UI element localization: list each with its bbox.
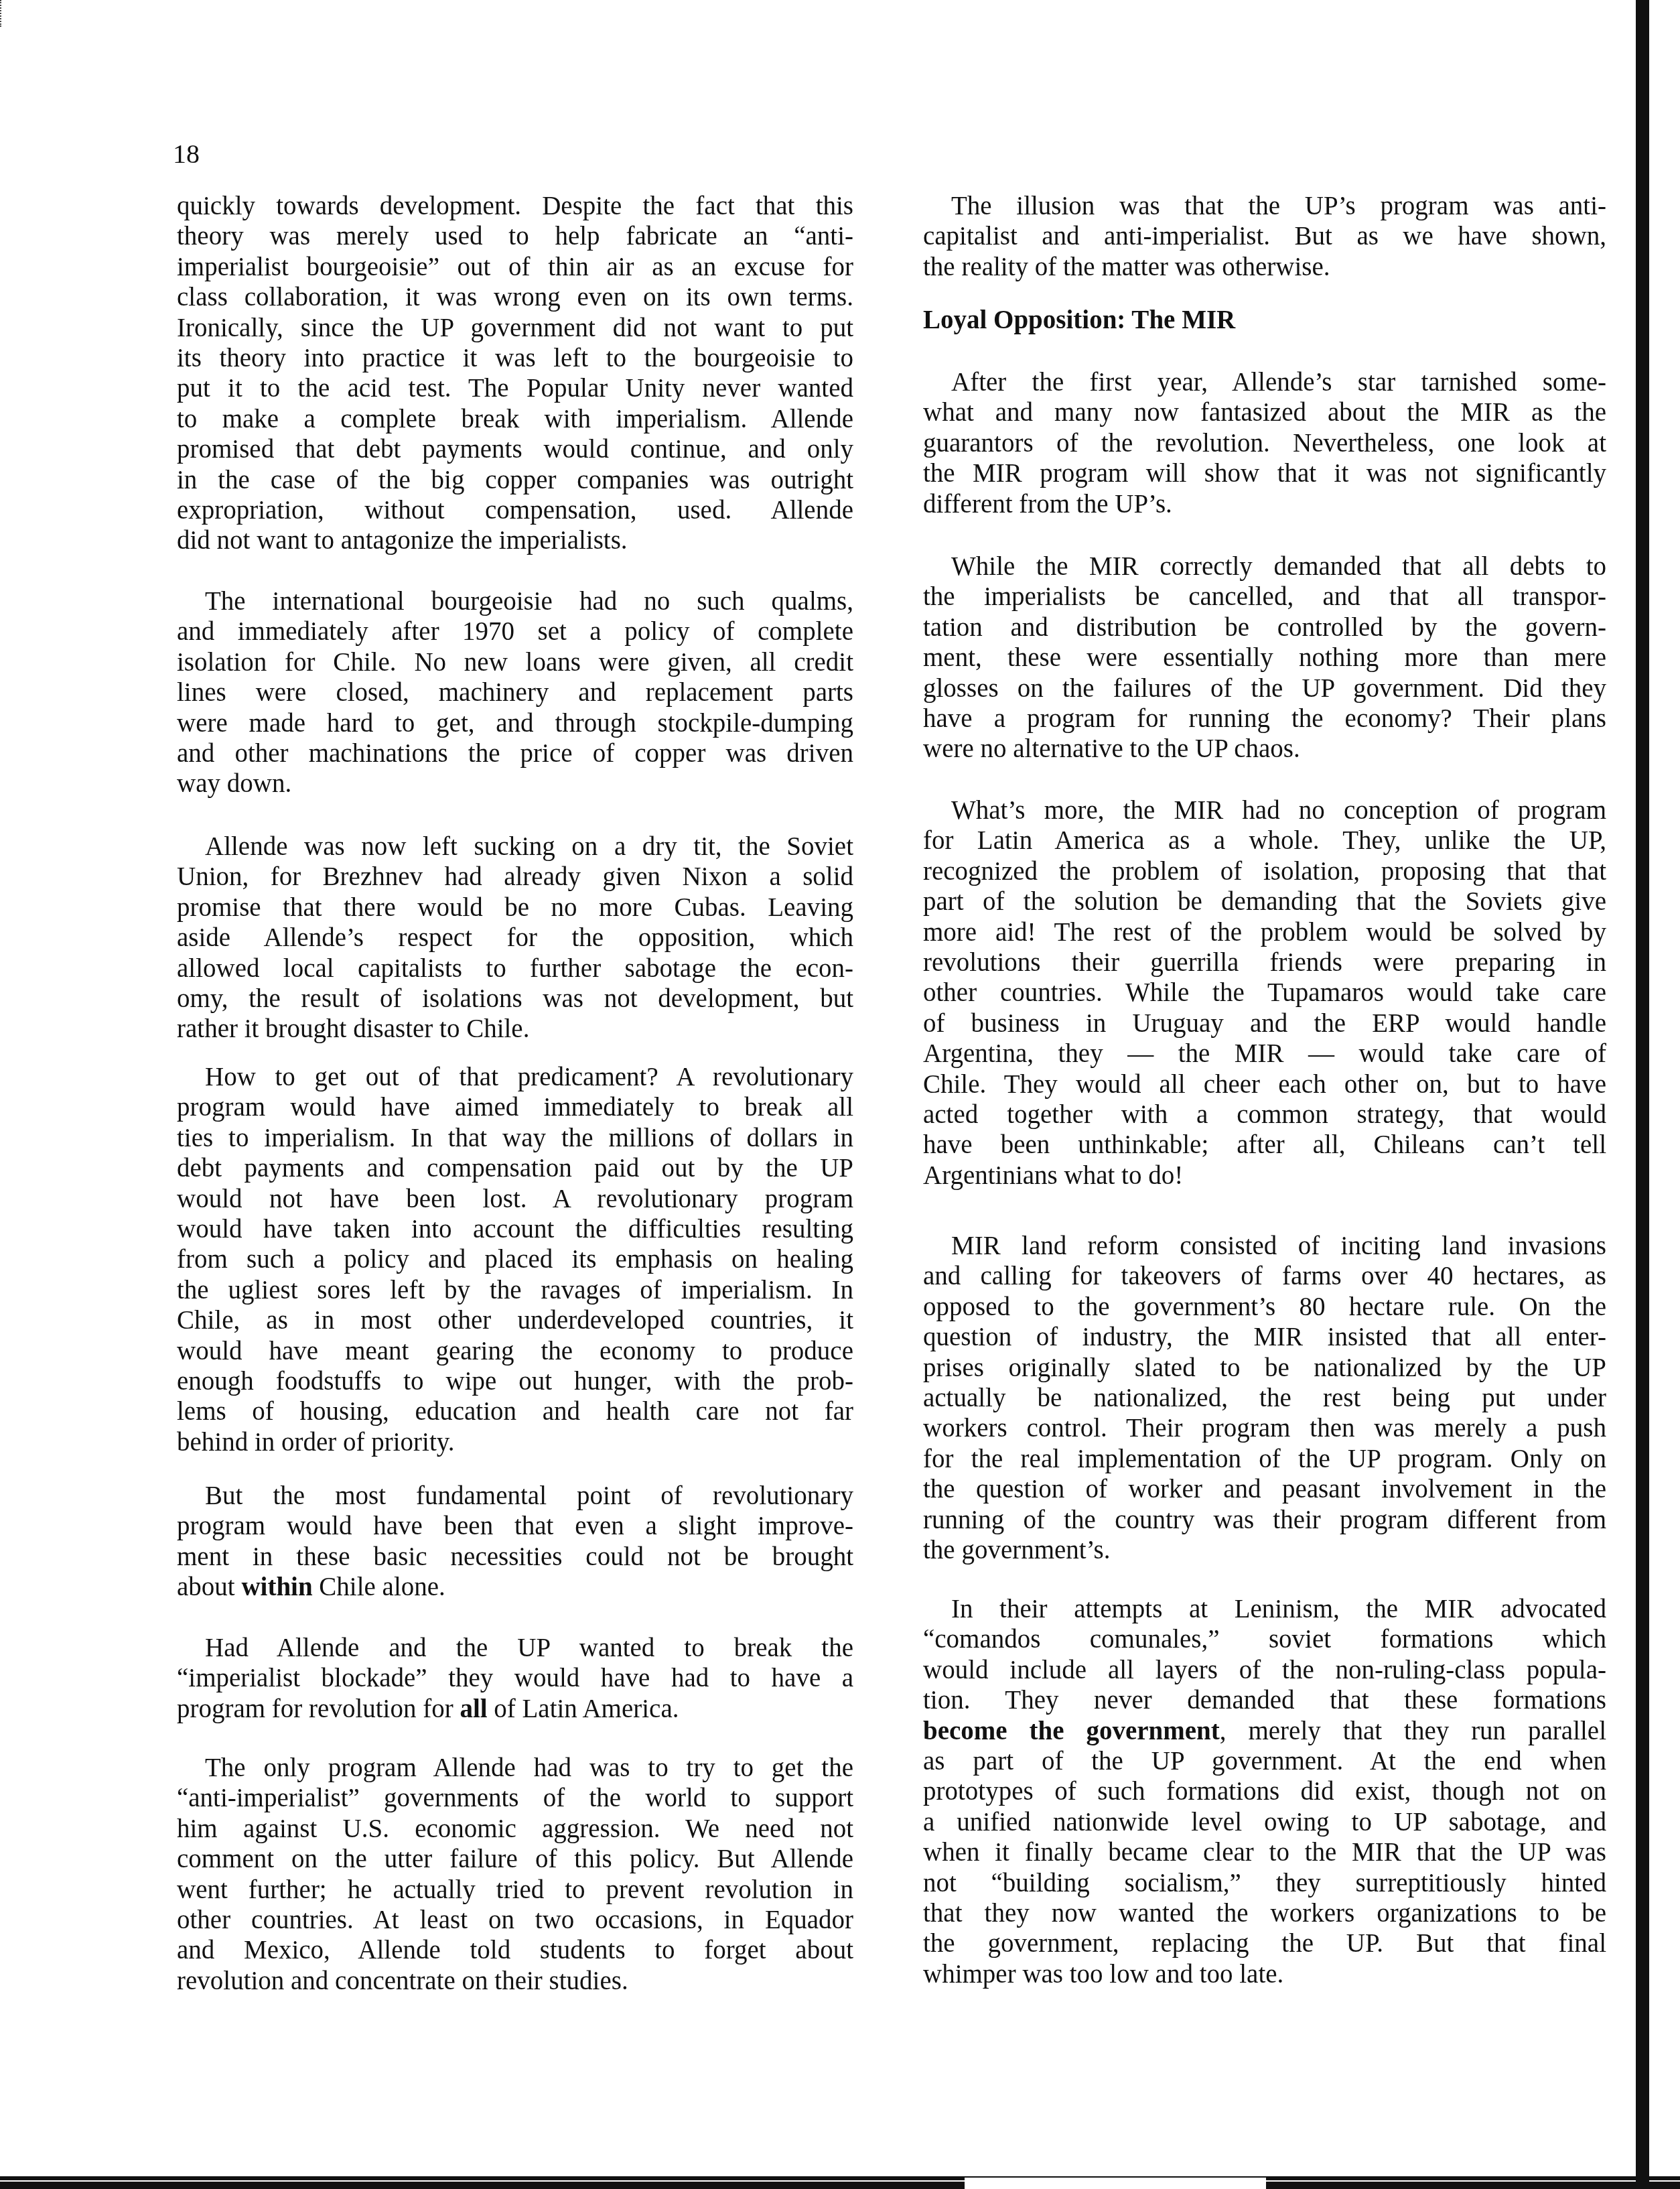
text-line: lines were closed, machinery and replace… [177, 677, 853, 708]
text-line: allowed local capitalists to further sab… [177, 953, 853, 984]
text-line: comment on the utter failure of this pol… [177, 1844, 853, 1874]
text-line: enough foodstuffs to wipe out hunger, wi… [177, 1366, 853, 1396]
text-line: and calling for takeovers of farms over … [923, 1261, 1606, 1291]
text-line: Chile, as in most other underdeveloped c… [177, 1305, 853, 1335]
text-line: question of industry, the MIR insisted t… [923, 1322, 1606, 1352]
text-line: of business in Uruguay and the ERP would… [923, 1008, 1606, 1039]
text-line: about within Chile alone. [177, 1572, 853, 1602]
text-line: ment in these basic necessities could no… [177, 1542, 853, 1572]
text-line: lems of housing, education and health ca… [177, 1396, 853, 1427]
text-line: Ironically, since the UP government did … [177, 313, 853, 343]
paragraph-l5: But the most fundamental point of revolu… [177, 1481, 853, 1603]
page-number: 18 [173, 138, 200, 170]
text-line: other countries. While the Tupamaros wou… [923, 978, 1606, 1008]
text-line: capitalist and anti-imperialist. But as … [923, 221, 1606, 251]
text-line: and other machinations the price of copp… [177, 738, 853, 769]
text-line: “comandos comunales,” soviet formations … [923, 1624, 1606, 1654]
text-line: recognized the problem of isolation, pro… [923, 856, 1606, 886]
text-line: more aid! The rest of the problem would … [923, 917, 1606, 947]
text-line: did not want to antagonize the imperiali… [177, 525, 853, 555]
text-run: Chile alone. [313, 1573, 445, 1601]
text-line: the government, replacing the UP. But th… [923, 1928, 1606, 1959]
text-line: opposed to the government’s 80 hectare r… [923, 1292, 1606, 1322]
text-line: debt payments and compensation paid out … [177, 1153, 853, 1183]
scan-edge-gap [965, 2178, 1266, 2189]
text-line: acted together with a common strategy, t… [923, 1100, 1606, 1130]
text-run: program for revolution for [177, 1695, 460, 1723]
text-line: the question of worker and peasant invol… [923, 1474, 1606, 1504]
scan-margin-right [1649, 0, 1680, 2189]
text-line: program would have been that even a slig… [177, 1511, 853, 1541]
text-line: glosses on the failures of the UP govern… [923, 673, 1606, 704]
text-line: The international bourgeoisie had no suc… [177, 586, 853, 616]
text-line: aside Allende’s respect for the oppositi… [177, 923, 853, 953]
text-line: Argentina, they — the MIR — would take c… [923, 1039, 1606, 1069]
text-line: behind in order of priority. [177, 1427, 853, 1457]
text-line: would have taken into account the diffic… [177, 1214, 853, 1244]
text-line: Chile. They would all cheer each other o… [923, 1069, 1606, 1100]
text-line: ties to imperialism. In that way the mil… [177, 1123, 853, 1153]
text-line: “anti-imperialist” governments of the wo… [177, 1783, 853, 1813]
text-line: program would have aimed immediately to … [177, 1092, 853, 1122]
emphasis-within: within [241, 1573, 312, 1601]
text-line: guarantors of the revolution. Neverthele… [923, 428, 1606, 458]
paragraph-l7: The only program Allende had was to try … [177, 1753, 853, 1996]
text-line: ment, these were essentially nothing mor… [923, 643, 1606, 673]
text-line: from such a policy and placed its emphas… [177, 1244, 853, 1274]
text-line: MIR land reform consisted of inciting la… [923, 1231, 1606, 1261]
text-line: prises originally slated to be nationali… [923, 1353, 1606, 1383]
text-line: the imperialists be cancelled, and that … [923, 582, 1606, 612]
paragraph-r6: In their attempts at Leninism, the MIR a… [923, 1594, 1606, 1989]
emphasis-all: all [460, 1695, 487, 1723]
text-line: prototypes of such formations did exist,… [923, 1776, 1606, 1806]
text-line: what and many now fantasized about the M… [923, 397, 1606, 427]
scan-edge-shadow-right [1636, 0, 1649, 2189]
text-line: whimper was too low and too late. [923, 1959, 1606, 1989]
text-line: a unified nationwide level owing to UP s… [923, 1807, 1606, 1837]
text-line: were no alternative to the UP chaos. [923, 734, 1606, 764]
text-line: in the case of the big copper companies … [177, 465, 853, 495]
text-line: running of the country was their program… [923, 1505, 1606, 1535]
text-line: for Latin America as a whole. They, unli… [923, 825, 1606, 856]
text-line: have a program for running the economy? … [923, 704, 1606, 734]
text-line: other countries. At least on two occasio… [177, 1905, 853, 1935]
paragraph-r2: After the first year, Allende’s star tar… [923, 367, 1606, 519]
text-line: when it finally became clear to the MIR … [923, 1837, 1606, 1867]
paragraph-l4: How to get out of that predicament? A re… [177, 1062, 853, 1457]
text-line: rather it brought disaster to Chile. [177, 1014, 853, 1044]
section-heading: Loyal Opposition: The MIR [923, 305, 1235, 335]
text-line: not “building socialism,” they surreptit… [923, 1868, 1606, 1898]
text-line: would have meant gearing the economy to … [177, 1336, 853, 1366]
text-line: that they now wanted the workers organiz… [923, 1898, 1606, 1928]
text-line: What’s more, the MIR had no conception o… [923, 795, 1606, 825]
text-run: about [177, 1573, 241, 1601]
text-line: imperialist bourgeoisie” out of thin air… [177, 252, 853, 282]
text-line: After the first year, Allende’s star tar… [923, 367, 1606, 397]
paragraph-l3: Allende was now left sucking on a dry ti… [177, 832, 853, 1045]
text-line: have been unthinkable; after all, Chilea… [923, 1130, 1606, 1160]
text-line: How to get out of that predicament? A re… [177, 1062, 853, 1092]
text-line: part of the solution be demanding that t… [923, 886, 1606, 917]
text-line: While the MIR correctly demanded that al… [923, 551, 1606, 582]
text-line: actually be nationalized, the rest being… [923, 1383, 1606, 1413]
text-line: Allende was now left sucking on a dry ti… [177, 832, 853, 862]
text-line: The only program Allende had was to try … [177, 1753, 853, 1783]
text-line: “imperialist blockade” they would have h… [177, 1663, 853, 1693]
document-page: 18 quickly towards development. Despite … [0, 0, 1680, 2189]
text-line: isolation for Chile. No new loans were g… [177, 647, 853, 677]
scan-corner-mark [0, 0, 11, 27]
text-line: become the government, merely that they … [923, 1716, 1606, 1746]
paragraph-l6: Had Allende and the UP wanted to break t… [177, 1633, 853, 1724]
text-line: tation and distribution be controlled by… [923, 612, 1606, 643]
paragraph-l1: quickly towards development. Despite the… [177, 191, 853, 556]
text-line: different from the UP’s. [923, 489, 1606, 519]
text-line: and immediately after 1970 set a policy … [177, 616, 853, 647]
text-line: would include all layers of the non-ruli… [923, 1655, 1606, 1685]
text-line: expropriation, without compensation, use… [177, 495, 853, 525]
scan-edge-shadow-bottom-lower [0, 2182, 1680, 2189]
text-line: quickly towards development. Despite the… [177, 191, 853, 221]
text-run: , merely that they run parallel [1220, 1717, 1606, 1745]
text-line: Argentinians what to do! [923, 1160, 1606, 1191]
text-line: the MIR program will show that it was no… [923, 458, 1606, 488]
emphasis-become-the-government: become the government [923, 1717, 1220, 1745]
text-line: went further; he actually tried to preve… [177, 1875, 853, 1905]
text-line: But the most fundamental point of revolu… [177, 1481, 853, 1511]
text-line: the government’s. [923, 1535, 1606, 1565]
paragraph-r1: The illusion was that the UP’s program w… [923, 191, 1606, 282]
paragraph-l2: The international bourgeoisie had no suc… [177, 586, 853, 799]
text-line: workers control. Their program then was … [923, 1413, 1606, 1443]
text-line: its theory into practice it was left to … [177, 343, 853, 373]
text-line: omy, the result of isolations was not de… [177, 984, 853, 1014]
text-line: put it to the acid test. The Popular Uni… [177, 373, 853, 403]
paragraph-r3: While the MIR correctly demanded that al… [923, 551, 1606, 765]
paragraph-r5: MIR land reform consisted of inciting la… [923, 1231, 1606, 1565]
scan-edge-shadow-bottom [0, 2176, 1680, 2180]
text-line: to make a complete break with imperialis… [177, 404, 853, 434]
text-line: way down. [177, 769, 853, 799]
text-line: and Mexico, Allende told students to for… [177, 1935, 853, 1965]
text-line: In their attempts at Leninism, the MIR a… [923, 1594, 1606, 1624]
text-line: as part of the UP government. At the end… [923, 1746, 1606, 1776]
text-line: Union, for Brezhnev had already given Ni… [177, 862, 853, 892]
text-line: the ugliest sores left by the ravages of… [177, 1275, 853, 1305]
text-line: promised that debt payments would contin… [177, 434, 853, 464]
paragraph-r4: What’s more, the MIR had no conception o… [923, 795, 1606, 1191]
text-line: were made hard to get, and through stock… [177, 708, 853, 738]
text-line: him against U.S. economic aggression. We… [177, 1814, 853, 1844]
text-line: Had Allende and the UP wanted to break t… [177, 1633, 853, 1663]
text-line: program for revolution for all of Latin … [177, 1694, 853, 1724]
text-run: of Latin America. [488, 1695, 679, 1723]
text-line: tion. They never demanded that these for… [923, 1685, 1606, 1715]
text-line: the reality of the matter was otherwise. [923, 252, 1606, 282]
text-line: revolutions their guerrilla friends were… [923, 947, 1606, 978]
text-line: revolution and concentrate on their stud… [177, 1966, 853, 1996]
text-line: theory was merely used to help fabricate… [177, 221, 853, 251]
text-line: promise that there would be no more Cuba… [177, 892, 853, 923]
text-line: for the real implementation of the UP pr… [923, 1444, 1606, 1474]
text-line: The illusion was that the UP’s program w… [923, 191, 1606, 221]
text-line: class collaboration, it was wrong even o… [177, 282, 853, 312]
text-line: would not have been lost. A revolutionar… [177, 1184, 853, 1214]
